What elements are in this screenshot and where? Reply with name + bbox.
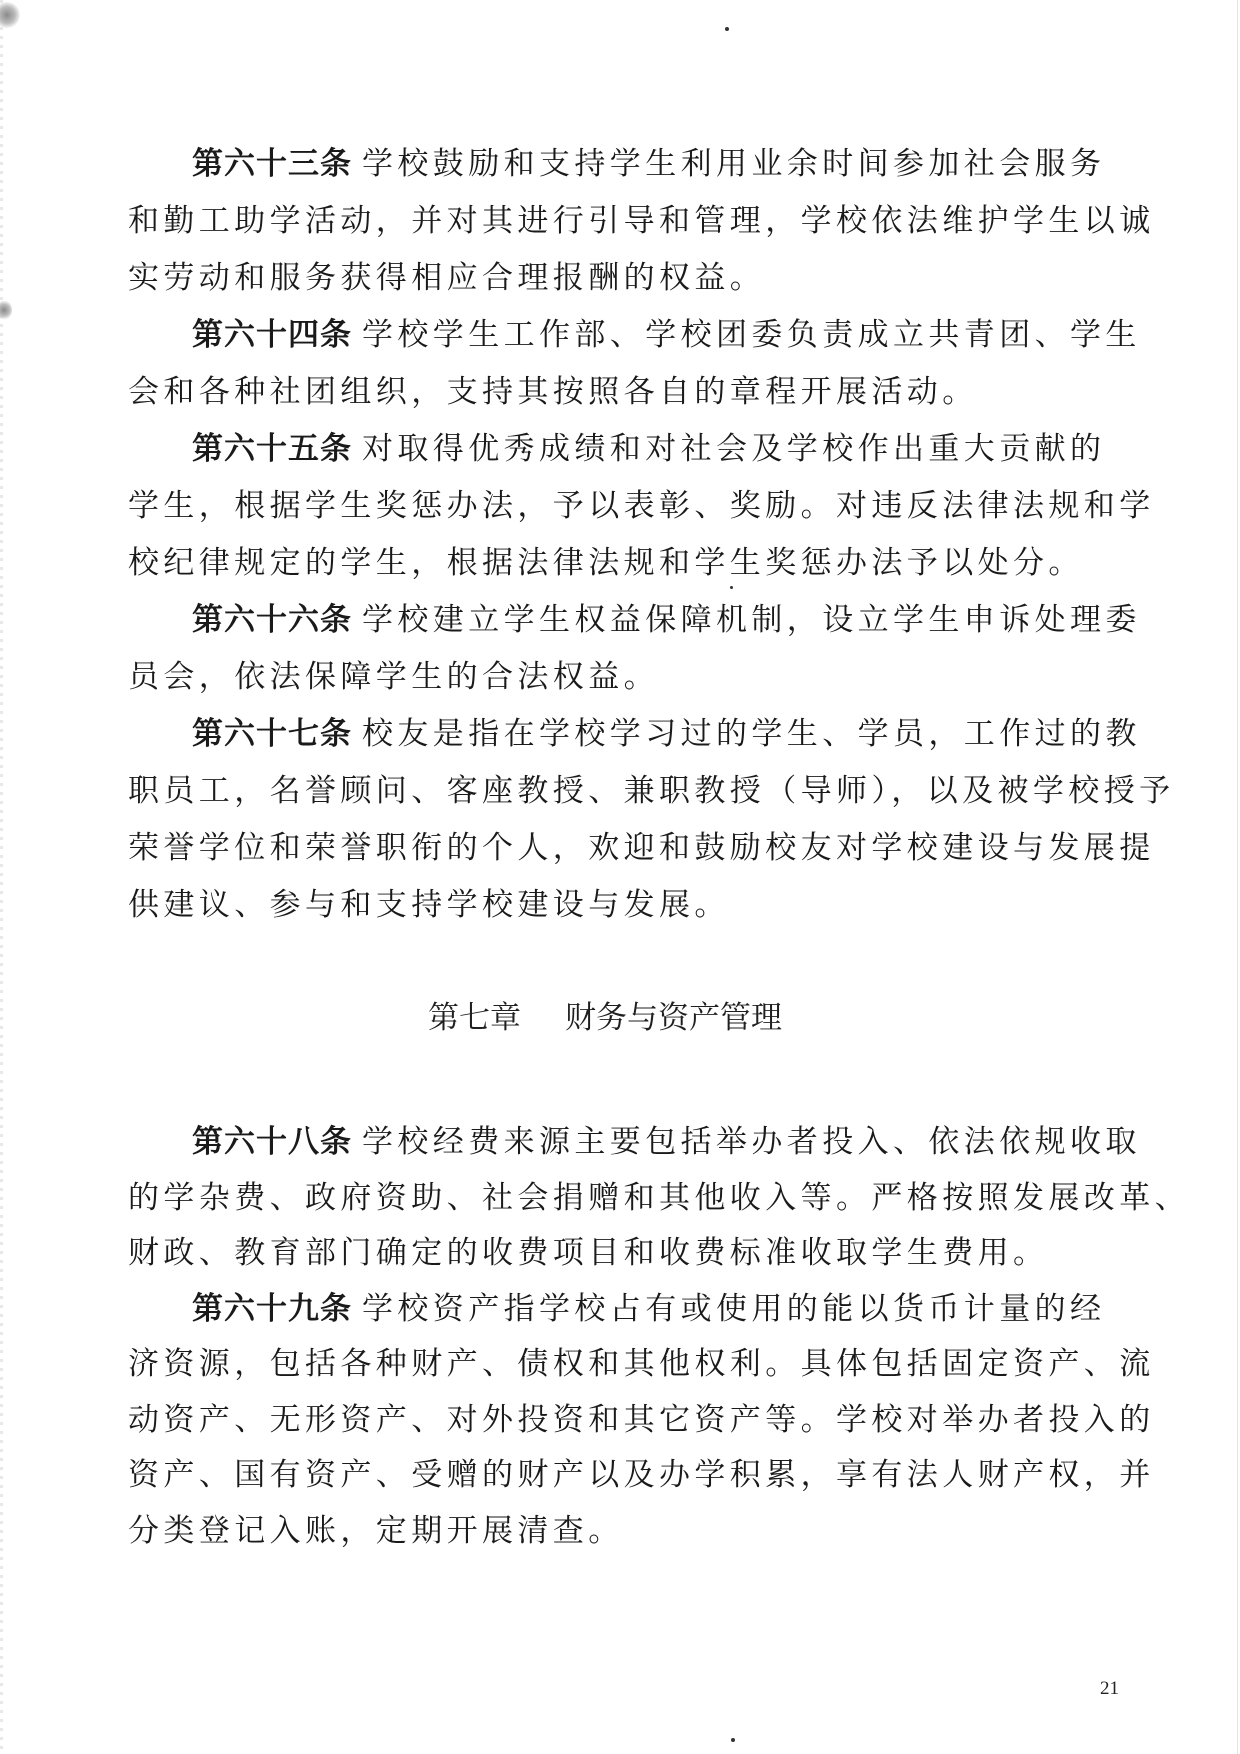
article-text: 学校资产指学校占有或使用的能以货币计量的经	[362, 1291, 1105, 1327]
scan-speck	[725, 27, 729, 31]
article-text: 员会，依法保障学生的合法权益。	[128, 649, 1103, 706]
article-text: 分类登记入账，定期开展清查。	[128, 1504, 1103, 1560]
article-text: 对取得优秀成绩和对社会及学校作出重大贡献的	[362, 431, 1105, 467]
article-text: 校纪律规定的学生，根据法律法规和学生奖惩办法予以处分。	[128, 535, 1103, 592]
articles-section-1: 第六十三条学校鼓励和支持学生利用业余时间参加社会服务 和勤工助学活动，并对其进行…	[128, 136, 1103, 934]
article-69: 第六十九条学校资产指学校占有或使用的能以货币计量的经 济资源，包括各种财产、债权…	[128, 1282, 1103, 1560]
article-label: 第六十六条	[192, 602, 352, 638]
article-label: 第六十九条	[192, 1291, 352, 1327]
article-label: 第六十七条	[192, 716, 352, 752]
scan-left-edge	[0, 0, 3, 1754]
articles-section-2: 第六十八条学校经费来源主要包括举办者投入、依法依规收取 的学杂费、政府资助、社会…	[128, 1115, 1103, 1559]
article-text: 学校学生工作部、学校团委负责成立共青团、学生	[362, 317, 1141, 353]
article-text: 实劳动和服务获得相应合理报酬的权益。	[128, 250, 1103, 307]
chapter-number: 第七章	[428, 1000, 521, 1036]
article-64: 第六十四条学校学生工作部、学校团委负责成立共青团、学生 会和各种社团组织，支持其…	[128, 307, 1103, 421]
article-text: 财政、教育部门确定的收费项目和收费标准收取学生费用。	[128, 1226, 1103, 1282]
article-text: 荣誉学位和荣誉职衔的个人，欢迎和鼓励校友对学校建设与发展提	[128, 820, 1103, 877]
article-text: 职员工，名誉顾问、客座教授、兼职教授（导师），以及被学校授予	[128, 763, 1103, 820]
page-number: 21	[1100, 1678, 1119, 1700]
document-page: 第六十三条学校鼓励和支持学生利用业余时间参加社会服务 和勤工助学活动，并对其进行…	[0, 0, 1240, 1754]
scan-right-edge	[1237, 0, 1238, 1754]
article-label: 第六十八条	[192, 1124, 352, 1160]
article-text: 学校鼓励和支持学生利用业余时间参加社会服务	[362, 146, 1105, 182]
article-label: 第六十五条	[192, 431, 352, 467]
article-66: 第六十六条学校建立学生权益保障机制，设立学生申诉处理委 员会，依法保障学生的合法…	[128, 592, 1103, 706]
article-text: 和勤工助学活动，并对其进行引导和管理，学校依法维护学生以诚	[128, 193, 1103, 250]
scan-smudge	[0, 300, 12, 320]
article-text: 济资源，包括各种财产、债权和其他权利。具体包括固定资产、流	[128, 1337, 1103, 1393]
article-65: 第六十五条对取得优秀成绩和对社会及学校作出重大贡献的 学生，根据学生奖惩办法，予…	[128, 421, 1103, 592]
article-63: 第六十三条学校鼓励和支持学生利用业余时间参加社会服务 和勤工助学活动，并对其进行…	[128, 136, 1103, 307]
article-text: 学生，根据学生奖惩办法，予以表彰、奖励。对违反法律法规和学	[128, 478, 1103, 535]
article-text: 校友是指在学校学习过的学生、学员，工作过的教	[362, 716, 1141, 752]
article-text: 动资产、无形资产、对外投资和其它资产等。学校对举办者投入的	[128, 1393, 1103, 1449]
article-label: 第六十三条	[192, 146, 352, 182]
article-68: 第六十八条学校经费来源主要包括举办者投入、依法依规收取 的学杂费、政府资助、社会…	[128, 1115, 1103, 1282]
article-text: 资产、国有资产、受赠的财产以及办学积累，享有法人财产权，并	[128, 1448, 1103, 1504]
article-text: 学校建立学生权益保障机制，设立学生申诉处理委	[362, 602, 1141, 638]
scan-smudge	[0, 2, 20, 28]
scan-speck	[731, 1738, 735, 1742]
article-label: 第六十四条	[192, 317, 352, 353]
chapter-heading: 第七章财务与资产管理	[428, 992, 782, 1037]
article-67: 第六十七条校友是指在学校学习过的学生、学员，工作过的教 职员工，名誉顾问、客座教…	[128, 706, 1103, 934]
article-text: 学校经费来源主要包括举办者投入、依法依规收取	[362, 1124, 1141, 1160]
article-text: 的学杂费、政府资助、社会捐赠和其他收入等。严格按照发展改革、	[128, 1171, 1103, 1227]
article-text: 会和各种社团组织，支持其按照各自的章程开展活动。	[128, 364, 1103, 421]
article-text: 供建议、参与和支持学校建设与发展。	[128, 877, 1103, 934]
chapter-title: 财务与资产管理	[565, 1000, 782, 1036]
